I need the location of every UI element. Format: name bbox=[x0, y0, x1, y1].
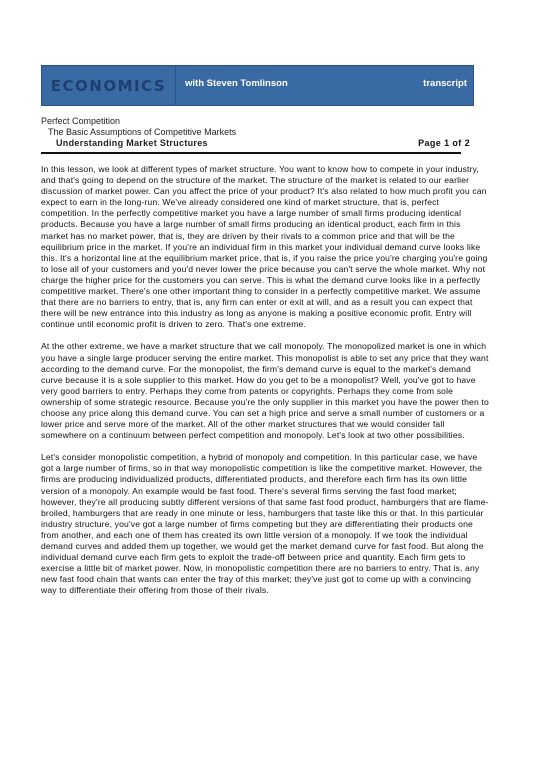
brand-logo: ECONOMICS bbox=[42, 66, 176, 105]
instructor-subtitle: with Steven Tomlinson bbox=[185, 78, 288, 89]
transcript-body: In this lesson, we look at different typ… bbox=[41, 164, 489, 607]
paragraph-perfect-competition: In this lesson, we look at different typ… bbox=[41, 164, 489, 330]
breadcrumb: Perfect Competition The Basic Assumption… bbox=[41, 116, 476, 149]
page-title: Understanding Market Structures bbox=[41, 138, 476, 149]
paragraph-monopoly: At the other extreme, we have a market s… bbox=[41, 341, 489, 441]
breadcrumb-level-2: The Basic Assumptions of Competitive Mar… bbox=[41, 127, 476, 138]
breadcrumb-level-1: Perfect Competition bbox=[41, 116, 476, 127]
document-type-label: transcript bbox=[423, 78, 467, 89]
paragraph-monopolistic-competition: Let's consider monopolistic competition,… bbox=[41, 452, 489, 596]
header-divider-tail bbox=[445, 153, 461, 154]
page-indicator: Page 1 of 2 bbox=[418, 138, 470, 148]
header-divider bbox=[41, 152, 461, 154]
header-banner: ECONOMICS with Steven Tomlinson transcri… bbox=[41, 65, 474, 106]
